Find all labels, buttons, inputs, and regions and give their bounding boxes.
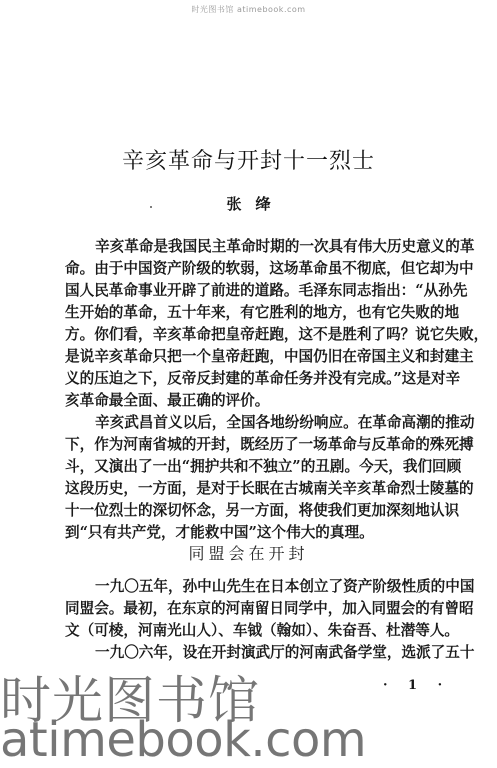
- text-line: 文（可棱，河南光山人）、车钺（翰如）、朱奋吾、杜潜等人。: [65, 620, 439, 642]
- text-line: 下，作为河南省城的开封，既经历了一场革命与反革命的殊死搏: [65, 434, 439, 456]
- text-line: 亥革命最全面、最正确的评价。: [65, 390, 439, 412]
- header-watermark: 时光图书馆 atimebook.com: [0, 4, 497, 15]
- text-line: 国人民革命事业开辟了前进的道路。毛泽东同志指出：“从孙先: [65, 280, 439, 302]
- text-line: 义的压迫之下，反帝反封建的革命任务并没有完成。”这是对辛: [65, 368, 439, 390]
- text-line: 命。由于中国资产阶级的软弱，这场革命虽不彻底，但它却为中: [65, 258, 439, 280]
- text-line: 十一位烈士的深切怀念，另一方面，将使我们更加深刻地认识: [65, 500, 439, 522]
- text-line: 辛亥革命是我国民主革命时期的一次具有伟大历史意义的革: [65, 236, 439, 258]
- text-line: 一九〇五年，孙中山先生在日本创立了资产阶级性质的中国: [65, 576, 439, 598]
- article-author: 张绛: [0, 193, 497, 214]
- text-line: 这段历史，一方面，是对于长眠在古城南关辛亥革命烈士陵墓的: [65, 478, 439, 500]
- text-line: 同盟会。最初，在东京的河南留日同学中，加入同盟会的有曾昭: [65, 598, 439, 620]
- article-title: 辛亥革命与开封十一烈士: [0, 144, 497, 175]
- section-paragraph-1: 一九〇五年，孙中山先生在日本创立了资产阶级性质的中国 同盟会。最初，在东京的河南…: [65, 576, 439, 642]
- text-line: 方。你们看，辛亥革命把皇帝赶跑，这不是胜利了吗？说它失败，: [65, 324, 439, 346]
- paragraph-2: 辛亥武昌首义以后，全国各地纷纷响应。在革命高潮的推动 下，作为河南省城的开封，既…: [65, 412, 439, 544]
- text-line: 生开始的革命，五十年来，有它胜利的地方，也有它失败的地: [65, 302, 439, 324]
- text-line: 斗，又演出了一出“拥护共和不独立”的丑剧。今天，我们回顾: [65, 456, 439, 478]
- page-number: · 1 ·: [383, 678, 450, 693]
- section-heading: 同盟会在开封: [0, 541, 497, 564]
- watermark-url: atimebook.com: [0, 712, 366, 768]
- text-line: 是说辛亥革命只把一个皇帝赶跑，中国仍旧在帝国主义和封建主: [65, 346, 439, 368]
- scan-speck: [150, 206, 152, 208]
- paragraph-1: 辛亥革命是我国民主革命时期的一次具有伟大历史意义的革 命。由于中国资产阶级的软弱…: [65, 236, 439, 412]
- text-line: 辛亥武昌首义以后，全国各地纷纷响应。在革命高潮的推动: [65, 412, 439, 434]
